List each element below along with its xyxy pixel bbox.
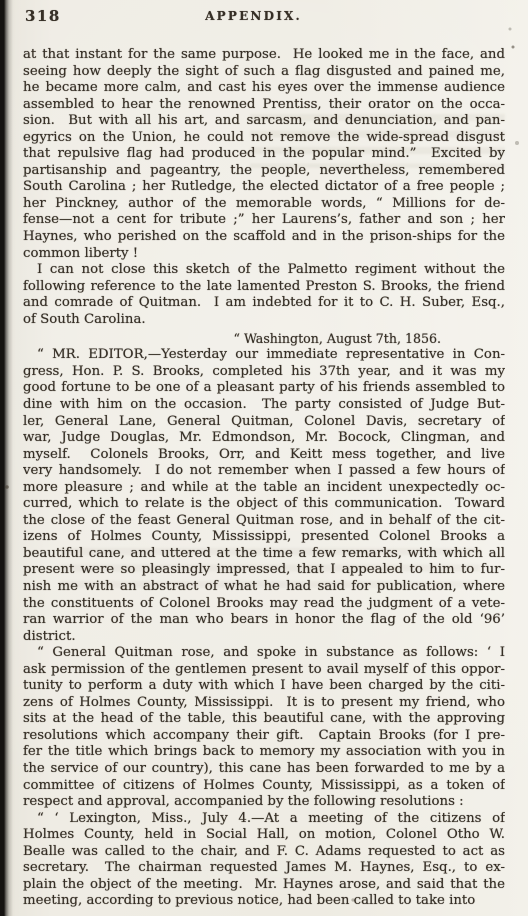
text-line: “ General Quitman rose, and spoke in sub… <box>23 645 505 662</box>
text-line: “ ‘ Lexington, Miss., July 4.—At a meeti… <box>23 811 505 828</box>
text-line: common liberty ! <box>23 246 505 263</box>
text-line: fense—not a cent for tribute ;” her Laur… <box>23 212 505 229</box>
text-line: ran warrior of the man who bears in hono… <box>23 612 505 629</box>
text-line: present were so pleasingly impressed, th… <box>23 562 505 579</box>
text-line: very handsomely. I do not remember when … <box>23 463 505 480</box>
text-line: plain the object of the meeting. Mr. Hay… <box>23 877 505 894</box>
text-line: meeting, according to previous notice, h… <box>23 893 505 910</box>
text-line: tunity to perform a duty with which I ha… <box>23 678 505 695</box>
text-line: committee of citizens of Holmes County, … <box>23 778 505 795</box>
text-line: gress, Hon. P. S. Brooks, completed his … <box>23 364 505 381</box>
text-line: he became more calm, and cast his eyes o… <box>23 80 505 97</box>
text-line: at that instant for the same purpose. He… <box>23 47 505 64</box>
paragraph-dateline: “ Washington, August 7th, 1856. <box>23 331 505 348</box>
text-line: Haynes, who perished on the scaffold and… <box>23 229 505 246</box>
text-line: Holmes County, held in Social Hall, on m… <box>23 827 505 844</box>
text-line: zens of Holmes County, Mississippi. It i… <box>23 695 505 712</box>
text-line: egyrics on the Union, he could not remov… <box>23 130 505 147</box>
text-line: South Carolina ; her Rutledge, the elect… <box>23 179 505 196</box>
paragraph-palmetto-sketch-close: I can not close this sketch of the Palme… <box>23 262 505 328</box>
text-line: curred, which to relate is the object of… <box>23 496 505 513</box>
text-line: myself. Colonels Brooks, Orr, and Keitt … <box>23 447 505 464</box>
text-line: izens of Holmes County, Mississippi, pre… <box>23 529 505 546</box>
scan-edge-shadow <box>0 0 13 916</box>
text-line: fer the title which brings back to memor… <box>23 744 505 761</box>
text-line: district. <box>23 629 505 646</box>
text-line: ask permission of the gentlemen present … <box>23 662 505 679</box>
text-line: seeing how deeply the sight of such a fl… <box>23 64 505 81</box>
text-line: the constituents of Colonel Brooks may r… <box>23 596 505 613</box>
text-line: resolutions which accompany their gift. … <box>23 728 505 745</box>
text-line: dine with him on the occasion. The party… <box>23 397 505 414</box>
text-line: Bealle was called to the chair, and F. C… <box>23 844 505 861</box>
paragraph-quitman-speech: “ General Quitman rose, and spoke in sub… <box>23 645 505 810</box>
text-line: good fortune to be one of a pleasant par… <box>23 380 505 397</box>
text-line: more pleasure ; and while at the table a… <box>23 480 505 497</box>
text-line: following reference to the late lamented… <box>23 279 505 296</box>
dust-specks <box>0 0 2 2</box>
paragraph-lexington-resolutions: “ ‘ Lexington, Miss., July 4.—At a meeti… <box>23 811 505 910</box>
text-line: that repulsive flag had produced in the … <box>23 146 505 163</box>
text-line: sion. But with all his art, and sarcasm,… <box>23 113 505 130</box>
text-line: “ Washington, August 7th, 1856. <box>23 331 505 348</box>
text-line: sits at the head of the table, this beau… <box>23 711 505 728</box>
text-line: the service of our country), this cane h… <box>23 761 505 778</box>
paragraph-flag-anecdote-continuation: at that instant for the same purpose. He… <box>23 47 505 262</box>
text-line: partisanship and pageantry, the people, … <box>23 163 505 180</box>
paragraph-editor-letter: “ MR. EDITOR,—Yesterday our immediate re… <box>23 347 505 645</box>
text-line: her Pinckney, author of the memorable wo… <box>23 196 505 213</box>
text-line: I can not close this sketch of the Palme… <box>23 262 505 279</box>
text-line: secretary. The chairman requested James … <box>23 860 505 877</box>
text-block: at that instant for the same purpose. He… <box>23 47 505 910</box>
text-line: ler, General Lane, General Quitman, Colo… <box>23 414 505 431</box>
text-line: respect and approval, accompanied by the… <box>23 794 505 811</box>
text-line: war, Judge Douglas, Mr. Edmondson, Mr. B… <box>23 430 505 447</box>
text-line: and comrade of Quitman. I am indebted fo… <box>23 295 505 312</box>
text-line: beautiful cane, and uttered at the time … <box>23 546 505 563</box>
text-line: of South Carolina. <box>23 312 505 329</box>
text-line: the close of the feast General Quitman r… <box>23 513 505 530</box>
book-page-scan: 318 APPENDIX. at that instant for the sa… <box>0 0 528 916</box>
page-header: 318 APPENDIX. <box>25 7 512 27</box>
running-head: APPENDIX. <box>25 9 482 23</box>
text-line: “ MR. EDITOR,—Yesterday our immediate re… <box>23 347 505 364</box>
text-line: nish me with an abstract of what he had … <box>23 579 505 596</box>
text-line: assembled to hear the renowned Prentiss,… <box>23 97 505 114</box>
